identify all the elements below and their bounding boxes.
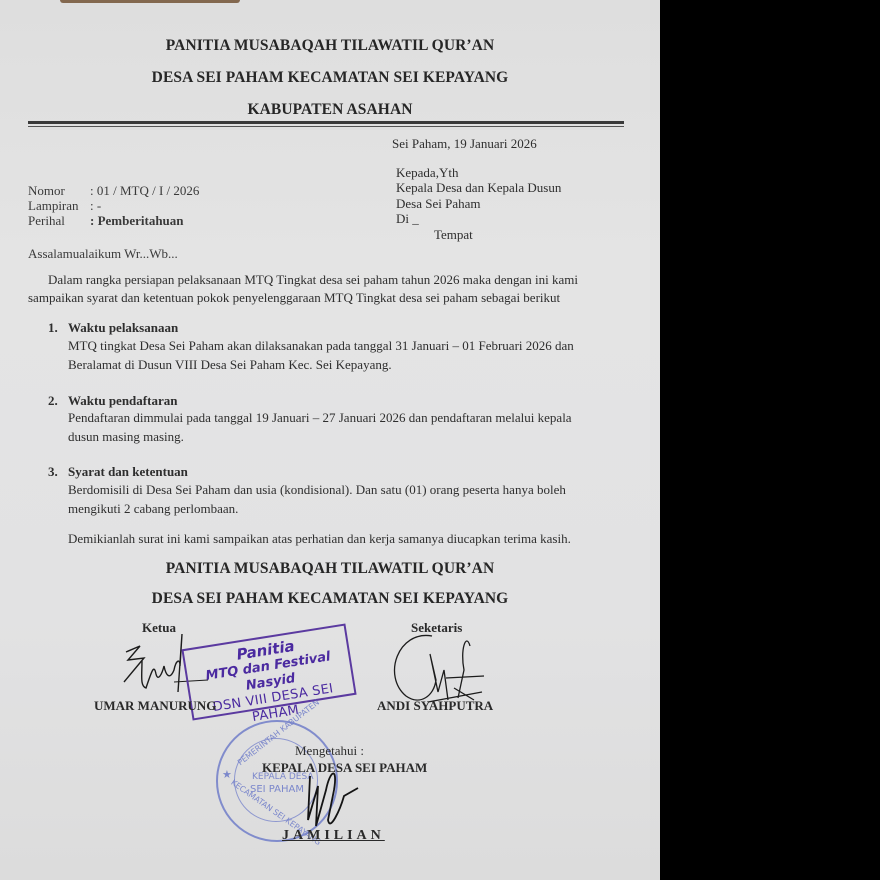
item-1-number: 1. — [48, 320, 58, 336]
item-1-line-1: MTQ tingkat Desa Sei Paham akan dilaksan… — [68, 338, 574, 354]
item-1-line-2: Beralamat di Dusun VIII Desa Sei Paham K… — [68, 357, 392, 373]
letterhead-divider-thin — [28, 126, 624, 127]
star-icon: ★ — [222, 768, 232, 781]
kepala-desa-name: JAMILIAN — [282, 828, 385, 844]
recipient-line-1: Kepada,Yth — [396, 165, 458, 181]
meta-value-nomor: : 01 / MTQ / I / 2026 — [90, 183, 199, 199]
footer-line-1: PANITIA MUSABAQAH TILAWATIL QUR’AN — [0, 560, 660, 578]
meta-value-perihal: : Pemberitahuan — [90, 213, 184, 229]
item-2-number: 2. — [48, 393, 58, 409]
meta-label-perihal: Perihal — [28, 213, 65, 229]
letter-page: PANITIA MUSABAQAH TILAWATIL QUR’AN DESA … — [0, 0, 660, 880]
closing-text: Demikianlah surat ini kami sampaikan ata… — [68, 531, 571, 547]
recipient-line-2: Kepala Desa dan Kepala Dusun — [396, 180, 561, 196]
item-1-title: Waktu pelaksanaan — [68, 320, 178, 336]
footer-line-2: DESA SEI PAHAM KECAMATAN SEI KEPAYANG — [0, 590, 660, 608]
item-2-line-1: Pendaftaran dimmulai pada tanggal 19 Jan… — [68, 410, 572, 426]
item-3-line-2: mengikuti 2 cabang perlombaan. — [68, 501, 238, 517]
meta-label-nomor: Nomor — [28, 183, 65, 199]
ketua-name: UMAR MANURUNG — [94, 698, 216, 714]
greeting: Assalamualaikum Wr...Wb... — [28, 246, 178, 262]
place-date: Sei Paham, 19 Januari 2026 — [392, 136, 537, 152]
village-stamp-center-2: SEI PAHAM — [250, 784, 304, 795]
meta-value-lampiran: : - — [90, 198, 101, 214]
intro-line-2: sampaikan syarat dan ketentuan pokok pen… — [28, 290, 560, 306]
letterhead-line-2: DESA SEI PAHAM KECAMATAN SEI KEPAYANG — [0, 69, 660, 87]
item-3-title: Syarat dan ketentuan — [68, 464, 188, 480]
letterhead-divider — [28, 121, 624, 124]
sekretaris-name: ANDI SYAHPUTRA — [377, 698, 493, 714]
recipient-line-4: Di _ — [396, 211, 419, 227]
item-2-line-2: dusun masing masing. — [68, 429, 184, 445]
paper-edge-shadow — [60, 0, 240, 3]
item-2-title: Waktu pendaftaran — [68, 393, 177, 409]
item-3-line-1: Berdomisili di Desa Sei Paham dan usia (… — [68, 482, 566, 498]
item-3-number: 3. — [48, 464, 58, 480]
recipient-line-3: Desa Sei Paham — [396, 196, 480, 212]
letterhead-line-1: PANITIA MUSABAQAH TILAWATIL QUR’AN — [0, 37, 660, 55]
meta-label-lampiran: Lampiran — [28, 198, 79, 214]
recipient-line-5: Tempat — [434, 227, 473, 243]
letterhead-line-3: KABUPATEN ASAHAN — [0, 101, 660, 119]
intro-line-1: Dalam rangka persiapan pelaksanaan MTQ T… — [48, 272, 578, 288]
acknowledged-label: Mengetahui : — [295, 743, 364, 759]
